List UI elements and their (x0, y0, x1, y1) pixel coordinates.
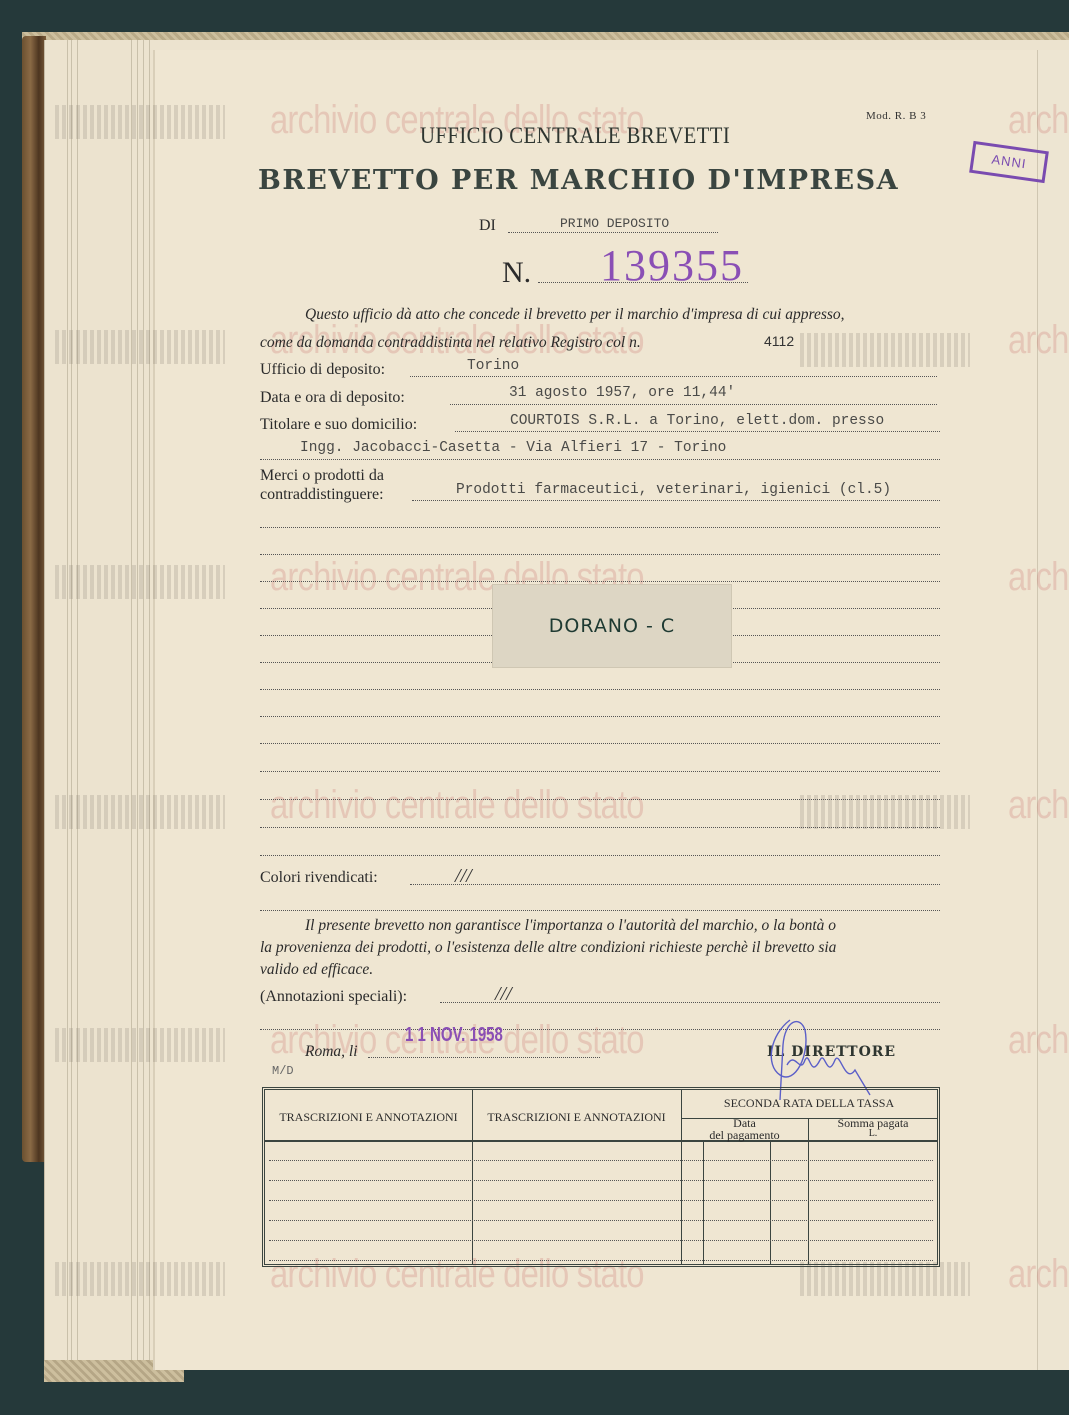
binder-spine (22, 36, 46, 1162)
watermark-partial: arch (1008, 98, 1069, 143)
colori-label: Colori rivendicati: (260, 869, 378, 887)
watermark-partial: arch (1008, 318, 1069, 363)
dotted-line (368, 1057, 600, 1058)
registro-number: 4112 (764, 333, 794, 349)
titolare-label: Titolare e suo domicilio: (260, 416, 417, 434)
patent-number-stamp: 139355 (600, 240, 744, 291)
table-row (269, 1240, 933, 1241)
watermark-barcode (800, 1262, 970, 1296)
dotted-line (412, 500, 940, 501)
watermark-partial: arch (1008, 783, 1069, 828)
merci-value: Prodotti farmaceutici, veterinari, igien… (456, 482, 891, 498)
watermark-partial: arch (1008, 1018, 1069, 1063)
dotted-line (260, 799, 940, 800)
watermark-barcode (55, 1262, 225, 1296)
disclaimer-line-2: la provenienza dei prodotti, o l'esisten… (260, 939, 836, 957)
dotted-line (260, 910, 940, 911)
ufficio-label: Ufficio di deposito: (260, 361, 385, 379)
model-code: Mod. R. B 3 (866, 110, 926, 122)
place-label: Roma, li (305, 1043, 358, 1061)
dotted-line (260, 771, 940, 772)
watermark: archivio centrale dello stato (270, 783, 644, 828)
dotted-line (410, 884, 940, 885)
deposit-type: PRIMO DEPOSITO (560, 216, 669, 231)
disclaimer-line-1: Il presente brevetto non garantisce l'im… (305, 917, 836, 935)
watermark-partial: arch (1008, 555, 1069, 600)
office-title: UFFICIO CENTRALE BREVETTI (420, 123, 730, 149)
subheader-data-line-2: del pagamento (681, 1128, 808, 1143)
dotted-line (260, 827, 940, 828)
table-row (269, 1180, 933, 1181)
merci-label-line-2: contraddistinguere: (260, 486, 384, 504)
dotted-line (260, 527, 940, 528)
watermark-barcode (55, 565, 225, 599)
table-row (269, 1220, 933, 1221)
watermark-barcode (55, 795, 225, 829)
dotted-line (508, 232, 718, 233)
column-header-transcriptions-2: TRASCRIZIONI E ANNOTAZIONI (472, 1110, 681, 1125)
intro-line-2: come da domanda contraddistinta nel rela… (260, 334, 641, 352)
date-stamp: 1 1 NOV. 1958 (405, 1024, 503, 1047)
data-label: Data e ora di deposito: (260, 389, 405, 407)
intro-line-1: Questo ufficio dà atto che concede il br… (305, 306, 845, 324)
watermark-barcode (55, 1028, 225, 1062)
dotted-line (260, 689, 940, 690)
dotted-line (410, 376, 937, 377)
initials: M/D (272, 1064, 294, 1078)
dotted-line (260, 459, 940, 460)
dotted-line (260, 716, 940, 717)
dotted-line (440, 1002, 940, 1003)
watermark-barcode (800, 795, 970, 829)
dotted-line (260, 581, 940, 582)
titolare-value-line-1: COURTOIS S.R.L. a Torino, elett.dom. pre… (510, 413, 884, 429)
colori-value: /// (455, 865, 472, 888)
merci-label-line-1: Merci o prodotti da (260, 467, 384, 485)
table-row (269, 1200, 933, 1201)
watermark-barcode (55, 105, 225, 139)
watermark-barcode (55, 330, 225, 364)
transcriptions-table: TRASCRIZIONI E ANNOTAZIONI TRASCRIZIONI … (262, 1087, 940, 1267)
dotted-line (260, 743, 940, 744)
next-page-edge (1037, 50, 1069, 1370)
dotted-line (260, 554, 940, 555)
table-row (269, 1260, 933, 1261)
annotazioni-label: (Annotazioni speciali): (260, 988, 407, 1006)
trademark-label: DORANO - C (493, 585, 731, 667)
column-header-seconda-rata: SECONDA RATA DELLA TASSA (681, 1096, 937, 1111)
annotazioni-value: /// (495, 983, 512, 1006)
watermark-barcode (800, 333, 970, 367)
ufficio-value: Torino (467, 358, 519, 374)
dotted-line (450, 404, 937, 405)
table-row (269, 1160, 933, 1161)
data-value: 31 agosto 1957, ore 11,44' (509, 385, 735, 401)
dotted-line (455, 431, 940, 432)
disclaimer-line-3: valido ed efficace. (260, 961, 373, 979)
titolare-value-line-2: Ingg. Jacobacci-Casetta - Via Alfieri 17… (300, 440, 726, 456)
subheader-somma-line-2: L. (808, 1128, 938, 1139)
column-header-transcriptions-1: TRASCRIZIONI E ANNOTAZIONI (265, 1110, 472, 1125)
dotted-line (260, 855, 940, 856)
document-title: BREVETTO PER MARCHIO D'IMPRESA (258, 165, 899, 196)
di-label: DI (479, 217, 496, 235)
number-label: N. (502, 256, 531, 290)
watermark-partial: arch (1008, 1252, 1069, 1297)
